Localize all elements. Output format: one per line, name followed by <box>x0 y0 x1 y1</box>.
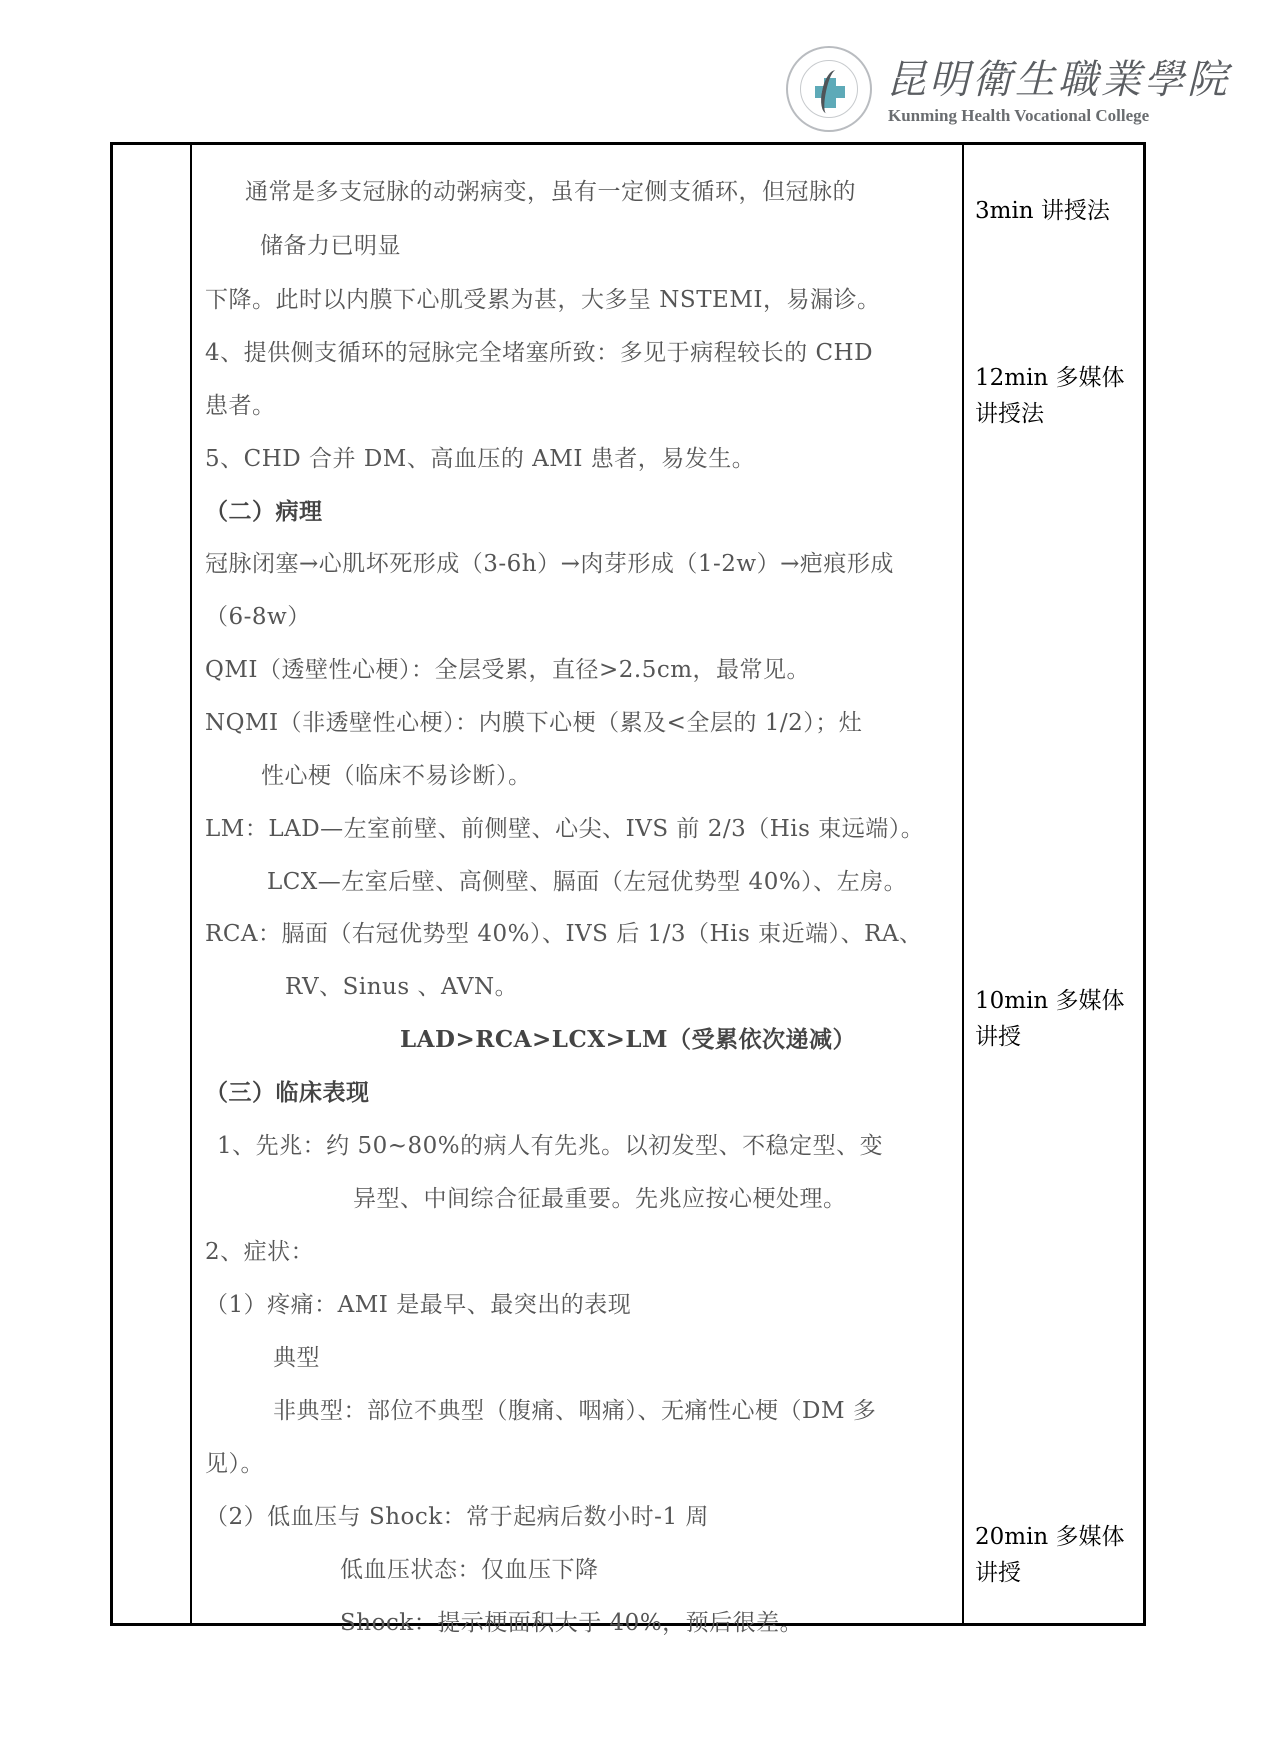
college-logo: 昆明衛生職業學院 Kunming Health Vocational Colle… <box>786 46 1196 132</box>
section-heading: （三）临床表现 <box>205 1074 370 1107</box>
content-line: 性心梗（临床不易诊断）。 <box>261 757 532 790</box>
content-line: Shock：提示梗面积大于 40%，预后很差。 <box>340 1604 803 1637</box>
teaching-method-note: 10min 多媒体讲授 <box>975 983 1145 1055</box>
content-line: 低血压状态：仅血压下降 <box>340 1551 599 1584</box>
college-name-en: Kunming Health Vocational College <box>888 106 1149 126</box>
content-line: QMI（透壁性心梗）：全层受累，直径>2.5cm，最常见。 <box>205 651 810 684</box>
content-line: 冠脉闭塞→心肌坏死形成（3-6h）→肉芽形成（1-2w）→疤痕形成 <box>205 545 894 578</box>
section-heading: （二）病理 <box>205 493 323 526</box>
content-line: 见）。 <box>205 1445 264 1478</box>
content-line: 2、症状： <box>205 1233 314 1266</box>
content-line: （6-8w） <box>205 598 311 631</box>
content-line: 储备力已明显 <box>260 227 401 260</box>
content-line: 5、CHD 合并 DM、高血压的 AMI 患者，易发生。 <box>205 440 755 473</box>
content-line: 下降。此时以内膜下心肌受累为甚，大多呈 NSTEMI，易漏诊。 <box>205 281 880 314</box>
content-line: RV、Sinus 、AVN。 <box>285 968 518 1001</box>
teaching-method-note: 20min 多媒体讲授 <box>975 1519 1145 1591</box>
content-line: NQMI（非透壁性心梗）：内膜下心梗（累及<全层的 1/2）；灶 <box>205 704 862 737</box>
content-line: 典型 <box>273 1339 320 1372</box>
content-line: （1）疼痛：AMI 是最早、最突出的表现 <box>205 1286 631 1319</box>
teaching-method-note: 3min 讲授法 <box>975 193 1110 229</box>
lesson-plan-table: 通常是多支冠脉的动粥病变，虽有一定侧支循环，但冠脉的储备力已明显下降。此时以内膜… <box>110 142 1146 1626</box>
content-line: 患者。 <box>205 387 276 420</box>
teaching-method-note: 12min 多媒体讲授法 <box>975 360 1145 432</box>
column-divider <box>190 145 192 1623</box>
content-line: RCA：膈面（右冠优势型 40%）、IVS 后 1/3（His 束近端）、RA、 <box>205 915 923 948</box>
column-divider <box>962 145 964 1623</box>
content-line: LM：LAD—左室前壁、前侧壁、心尖、IVS 前 2/3（His 束远端）。 <box>205 810 924 843</box>
college-seal-icon <box>786 46 872 132</box>
section-heading: LAD>RCA>LCX>LM（受累依次递减） <box>400 1021 856 1054</box>
content-line: 非典型：部位不典型（腹痛、咽痛）、无痛性心梗（DM 多 <box>273 1392 876 1425</box>
content-line: LCX—左室后壁、高侧壁、膈面（左冠优势型 40%）、左房。 <box>267 863 907 896</box>
content-line: 通常是多支冠脉的动粥病变，虽有一定侧支循环，但冠脉的 <box>245 173 856 206</box>
college-name-cn: 昆明衛生職業學院 <box>886 48 1230 105</box>
content-line: 1、先兆：约 50~80%的病人有先兆。以初发型、不稳定型、变 <box>217 1127 883 1160</box>
content-line: 异型、中间综合征最重要。先兆应按心梗处理。 <box>353 1180 847 1213</box>
content-line: 4、提供侧支循环的冠脉完全堵塞所致：多见于病程较长的 CHD <box>205 334 873 367</box>
content-line: （2）低血压与 Shock：常于起病后数小时-1 周 <box>205 1498 709 1531</box>
